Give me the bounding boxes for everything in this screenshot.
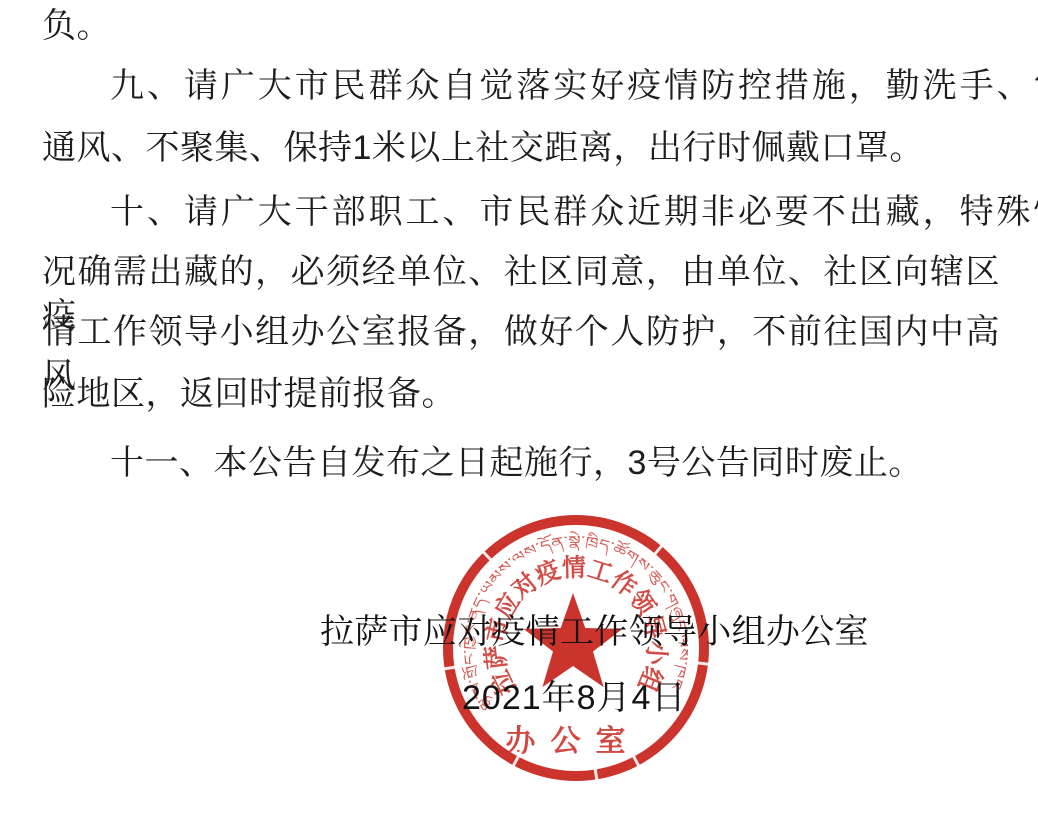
notice-line: 十一、本公告自发布之日起施行，3号公告同时废止。 bbox=[42, 441, 1038, 485]
signature-office: 拉萨市应对疫情工作领导小组办公室 bbox=[320, 610, 869, 654]
notice-line: 九、请广大市民群众自觉落实好疫情防控措施，勤洗手、常 bbox=[42, 64, 1038, 108]
notice-document-page: 负。 九、请广大市民群众自觉落实好疫情防控措施，勤洗手、常 通风、不聚集、保持1… bbox=[0, 0, 1038, 822]
notice-line: 险地区，返回时提前报备。 bbox=[42, 372, 1000, 416]
signature-date: 2021年8月4日 bbox=[462, 676, 686, 720]
notice-line: 通风、不聚集、保持1米以上社交距离，出行时佩戴口罩。 bbox=[42, 126, 1000, 170]
notice-line: 十、请广大干部职工、市民群众近期非必要不出藏，特殊情 bbox=[42, 190, 1038, 234]
notice-line: 负。 bbox=[42, 4, 1000, 48]
seal-bottom-text: 办公室 bbox=[506, 725, 641, 758]
